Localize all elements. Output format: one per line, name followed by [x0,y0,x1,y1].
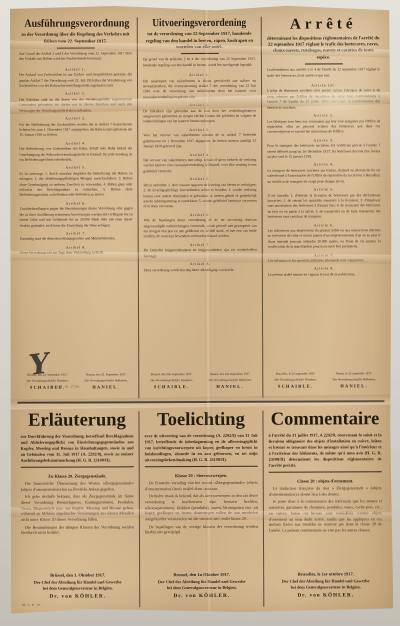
article-body: Het aankoopen van suikerbeeten is alleen… [143,78,256,100]
signature-flanders: Bruxelles, le 22 septembre 1917. Der Ver… [268,371,323,389]
signature-wallonia: Namen, den 22. September 1917. Der Verwa… [79,372,134,390]
closing-date: Bruxelles, le 1er octobre 1917. [269,571,382,576]
column-title-german: Ausführungsverordnung [24,17,126,30]
paragraph: Ich gebe deshalb bekannt, dass als Zierg… [21,493,134,523]
article-heading: Artikel 2. [143,103,256,107]
article-heading: Article 4. [267,163,380,167]
article-body: Die Fabriken sind an die ihnen von der V… [19,97,132,114]
article-body: Les tribunaux et les autorités militaire… [268,258,381,264]
article-heading: Artikel 5. [19,166,132,170]
article-body: Die Beförderung von Zuckerrüben mit Kahn… [19,147,132,164]
article-body: Pour le transport des betteraves sucrièr… [267,143,380,160]
column-title-commentaire: Commentaire [268,410,381,430]
articles-list: Artikel 1.Der Ankauf von Zuckerrüben ist… [19,64,133,367]
article-body: Es ist untersagt: 1. durch unwahre Angab… [19,171,132,198]
paragraph: La traduction française du mot « Ziergeg… [269,485,382,497]
article-heading: Article 3. [267,138,380,142]
closing-date: Brüssel, den 1. Oktober 1917. [21,572,134,577]
column-subtitle: over de uitvoering van de verordening (A… [145,433,258,464]
article-body: L'achat de betteraves sucrières n'est pe… [267,89,380,111]
sheet-divider-rule [17,400,384,404]
signature-place-date: Namur, le 22 septembre 1917. [327,371,382,376]
column-subtitle: zu der Verordnung über die Regelung des … [19,31,132,44]
rule-divider [269,472,382,473]
bottom-column-german: Erläuterung zur Durchführung der Verordn… [15,411,139,608]
closing-role-line: bei dem Generalgouverneur in Belgien. [269,584,382,590]
top-column-french: Arrêté déterminant les dispositions régl… [261,16,387,398]
article-body: Les fabriques sont liées aux communes qu… [267,119,380,136]
article-heading: Artikel 6. [20,201,133,205]
print-reference: M. G. B. 38. [22,604,41,607]
closing-name: Dr. von KÖHLER. [269,592,382,598]
article-body: Le présent arrêté entrera en vigueur le … [268,272,381,278]
article-heading: Artikel 6. [144,212,257,216]
rule-divider [304,64,342,65]
bottom-column-dutch: Toelichting over de uitvoering van de ve… [138,411,263,608]
article-heading: Artikel 7. [20,231,133,235]
paragraph: De bepalingen van de overige klassen der… [145,523,258,535]
article-heading: Artikel 7. [144,242,257,246]
paragraphs: De Fransche vertaling van het woord «Zie… [145,480,258,537]
intro-paragraph: Auf Grund der Artikel 2 und 4 der Verord… [19,51,132,62]
column-subtitle: à l'arrêté du 31 juillet 1917, A 2292/8,… [269,432,382,469]
article-body: Wie de bepalingen dezer verordening of d… [144,218,257,240]
signature-role: Der Verwaltungschef für Flandern, [268,377,323,382]
article-heading: Artikel 8. [144,262,257,266]
rule-divider [145,466,258,467]
signature-role: Der Verwaltungschef für Wallonien, [79,378,134,383]
article-heading: Article 8. [268,267,381,271]
article-body: Het vervoer van suikerbeeten met schip, … [143,158,256,175]
top-column-dutch: Uitvoeringsverordening tot de verordenin… [137,17,263,399]
paragraph: Je porte donc à la connaissance des inté… [269,498,382,533]
paragraphs: Die französische Übersetzung des Wortes … [21,480,134,537]
class-heading: Classe 20 : objets d'ornement. [269,479,382,484]
handwritten-mark: Y [27,347,51,382]
intro-paragraph: Op grond van de artikelen 2 en 4 der ver… [143,57,256,68]
article-heading: Artikel 3. [143,128,256,132]
rule-divider [56,47,94,48]
closing-name: Dr. von KÖHLER. [21,593,134,599]
signature-block: Bruxelles, le 22 septembre 1917. Der Ver… [268,371,381,390]
article-body: Il est interdit: 1. d'obtenir la livrais… [267,193,380,220]
closing-block: Brüssel, den 1. Oktober 1917. Der Chef d… [21,569,134,607]
signature-name: HANIEL. [327,383,382,390]
top-sheet: Ausführungsverordnung zu der Verordnung … [8,4,393,399]
bottom-sheet: Erläuterung zur Durchführung der Verordn… [9,404,393,608]
signature-name: SCHAIBLE. [268,383,323,390]
signature-place-date: Namen, den 22n September 1917. [203,372,258,377]
signature-block: Brussel, den 22n September 1917. Der Ver… [144,372,257,391]
signature-place-date: Namen, den 22. September 1917. [79,372,134,377]
article-body: Deze verordening wordt den dag harer afk… [144,267,257,273]
article-heading: Article 5. [267,187,380,191]
signature-wallonia: Namen, den 22n September 1917. Der Verwa… [203,372,258,390]
column-subtitle: déterminant les dispositions réglementai… [267,35,380,61]
signature-role: Der Verwaltungschef für Flandern, [144,378,199,383]
paragraph: De Fransche vertaling van het woord «Zie… [145,480,258,492]
column-subtitle: zur Durchführung der Verordnung, betreff… [21,433,134,464]
class-heading: Klasse 20 : Siervoorwerpen. [145,473,258,478]
article-body: Zuwiderhandlungen gegen die Bestimmungen… [20,207,133,229]
class-heading: Zu Klasse 20. Ziergegenstände. [21,474,134,479]
intro-paragraph: Conformément aux articles 2 et 4 de l'ar… [267,67,380,78]
article-body: Für die Beförderung der Zuckerrüben werd… [19,122,132,139]
closing-role-line: bei dem Generalgouverneur in Belgien. [145,585,258,591]
paragraph: Die französische Übersetzung des Wortes … [21,480,134,492]
article-heading: Artikel 8. [20,245,133,249]
article-body: Voor het vervoer van suikerbeeten worden… [143,133,256,150]
photograph-background: Ausführungsverordnung zu der Verordnung … [0,0,400,626]
signature-name: HANIEL. [79,384,134,391]
column-title-toelichting: Toelichting [144,411,257,431]
closing-name: Dr. von KÖHLER. [145,593,258,599]
signature-place-date: Bruxelles, le 22 septembre 1917. [268,371,323,376]
bottom-column-french: Commentaire à l'arrêté du 31 juillet 191… [262,410,387,607]
article-heading: Artikel 4. [143,152,256,156]
article-heading: Article 1er. [267,83,380,87]
print-reference: C. H. B. IV. 17530. [51,386,80,389]
article-heading: Article 6. [268,223,381,227]
article-body: De Duitsche krijgsrechtbanken en krijgso… [144,248,257,259]
article-heading: Artikel 5. [143,177,256,181]
closing-role-line: bei dem Generalgouverneur in Belgien. [21,585,134,591]
paragraphs: La traduction française du mot « Ziergeg… [269,485,382,535]
signature-wallonia: Namur, le 22 septembre 1917. Der Verwalt… [327,371,382,389]
closing-date: Brussel, den 1n Oktober 1917. [145,572,258,577]
top-column-german: Ausführungsverordnung zu der Verordnung … [14,17,139,399]
article-body: Le transport de betteraves sucrières par… [267,168,380,185]
article-heading: Artikel 1. [143,73,256,77]
article-heading: Artikel 1. [19,67,132,71]
signature-flanders: Brussel, den 22n September 1917. Der Ver… [144,372,199,390]
article-body: Het is verboden: 1. door onware opgaven … [143,182,256,209]
rule-divider [180,53,218,54]
closing-block: Brussel, den 1n Oktober 1917. Der Chef d… [145,569,258,607]
paragraph: Die Bestimmungen der übrigen Klassen der… [21,524,134,536]
article-heading: Artikel 3. [19,116,132,120]
column-subtitle: tot de verordening van 22 September 1917… [143,31,256,51]
articles-list: Artikel 1.Het aankoopen van suikerbeeten… [143,70,257,366]
article-body: Der Ankauf von Zuckerrüben ist nur Zucke… [19,73,132,90]
signature-name: SCHAIBLE. [144,384,199,391]
closing-block: Bruxelles, le 1er octobre 1917. Der Chef… [269,568,382,606]
article-body: De fabrieken zijn gebonden aan de hun do… [143,108,256,125]
signature-place-date: Brussel, den 22n September 1917. [144,372,199,377]
articles-list: Article 1er.L'achat de betteraves sucriè… [267,80,381,365]
article-heading: Artikel 4. [19,141,132,145]
article-body: Diese Verordnung tritt am Tage ihrer Ver… [20,251,133,257]
paragraph: Derhalve maak ik bekend, dat als siervoo… [145,493,258,523]
column-title-erlaeuterung: Erläuterung [20,411,133,431]
poster-paper: Ausführungsverordnung zu der Verordnung … [8,4,394,615]
rule-divider [21,467,134,468]
article-heading: Article 2. [267,113,380,117]
column-title-dutch: Uitvoeringsverordening [152,17,247,30]
article-body: Les infractions aux dispositions du prés… [268,228,381,250]
article-body: Zuständig sind die deutschen Militärgeri… [20,237,133,243]
signature-role: Der Verwaltungschef für Wallonien, [327,377,382,382]
signature-role: Der Verwaltungschef für Wallonien, [203,378,258,383]
column-title-french: Arrêté [267,16,380,33]
signature-name: HANIEL. [203,383,258,390]
article-heading: Article 7. [268,253,381,257]
article-heading: Artikel 2. [19,92,132,96]
